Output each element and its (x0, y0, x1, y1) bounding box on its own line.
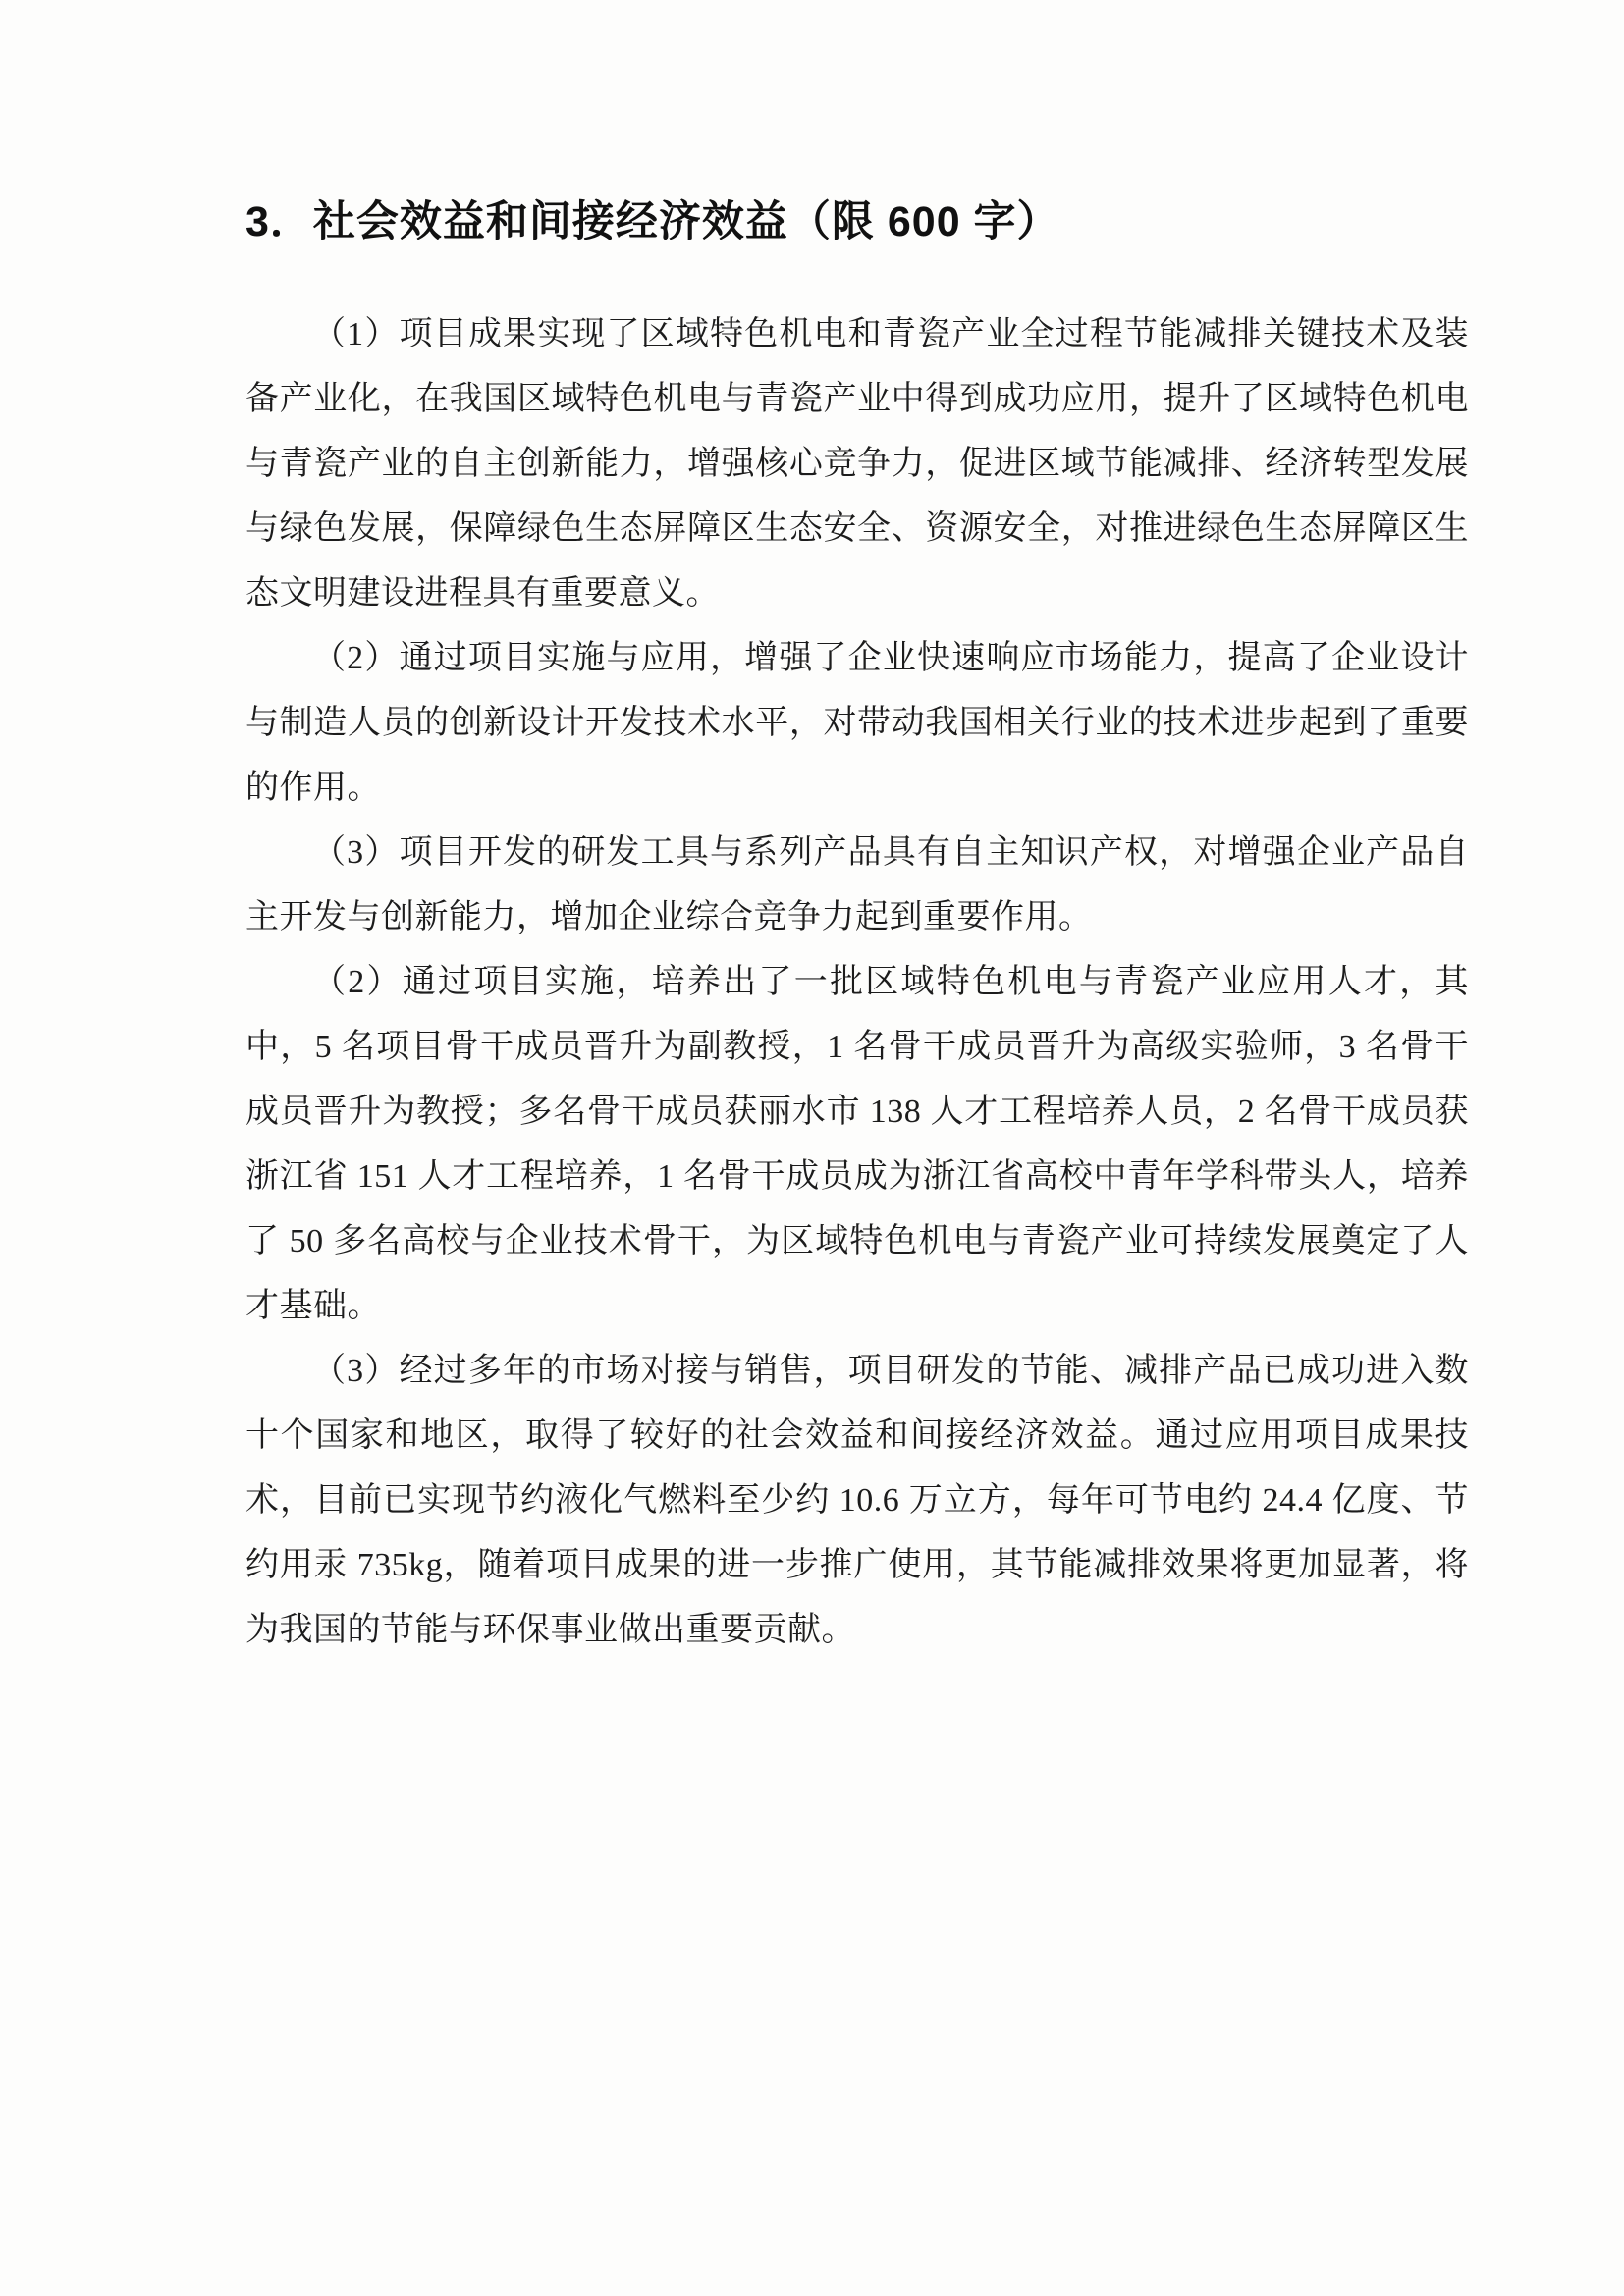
document-content: 3．社会效益和间接经济效益（限 600 字） （1）项目成果实现了区域特色机电和… (245, 192, 1469, 1663)
paragraph: （2）通过项目实施，培养出了一批区域特色机电与青瓷产业应用人才，其中，5 名项目… (245, 950, 1469, 1339)
document-page: 3．社会效益和间接经济效益（限 600 字） （1）项目成果实现了区域特色机电和… (0, 0, 1624, 2296)
section-heading: 3．社会效益和间接经济效益（限 600 字） (245, 192, 1469, 251)
paragraph: （2）通过项目实施与应用，增强了企业快速响应市场能力，提高了企业设计与制造人员的… (245, 626, 1469, 821)
paragraph: （3）项目开发的研发工具与系列产品具有自主知识产权，对增强企业产品自主开发与创新… (245, 821, 1469, 950)
section-body: （1）项目成果实现了区域特色机电和青瓷产业全过程节能减排关键技术及装备产业化，在… (245, 302, 1469, 1663)
paragraph: （3）经过多年的市场对接与销售，项目研发的节能、减排产品已成功进入数十个国家和地… (245, 1339, 1469, 1663)
paragraph: （1）项目成果实现了区域特色机电和青瓷产业全过程节能减排关键技术及装备产业化，在… (245, 302, 1469, 626)
